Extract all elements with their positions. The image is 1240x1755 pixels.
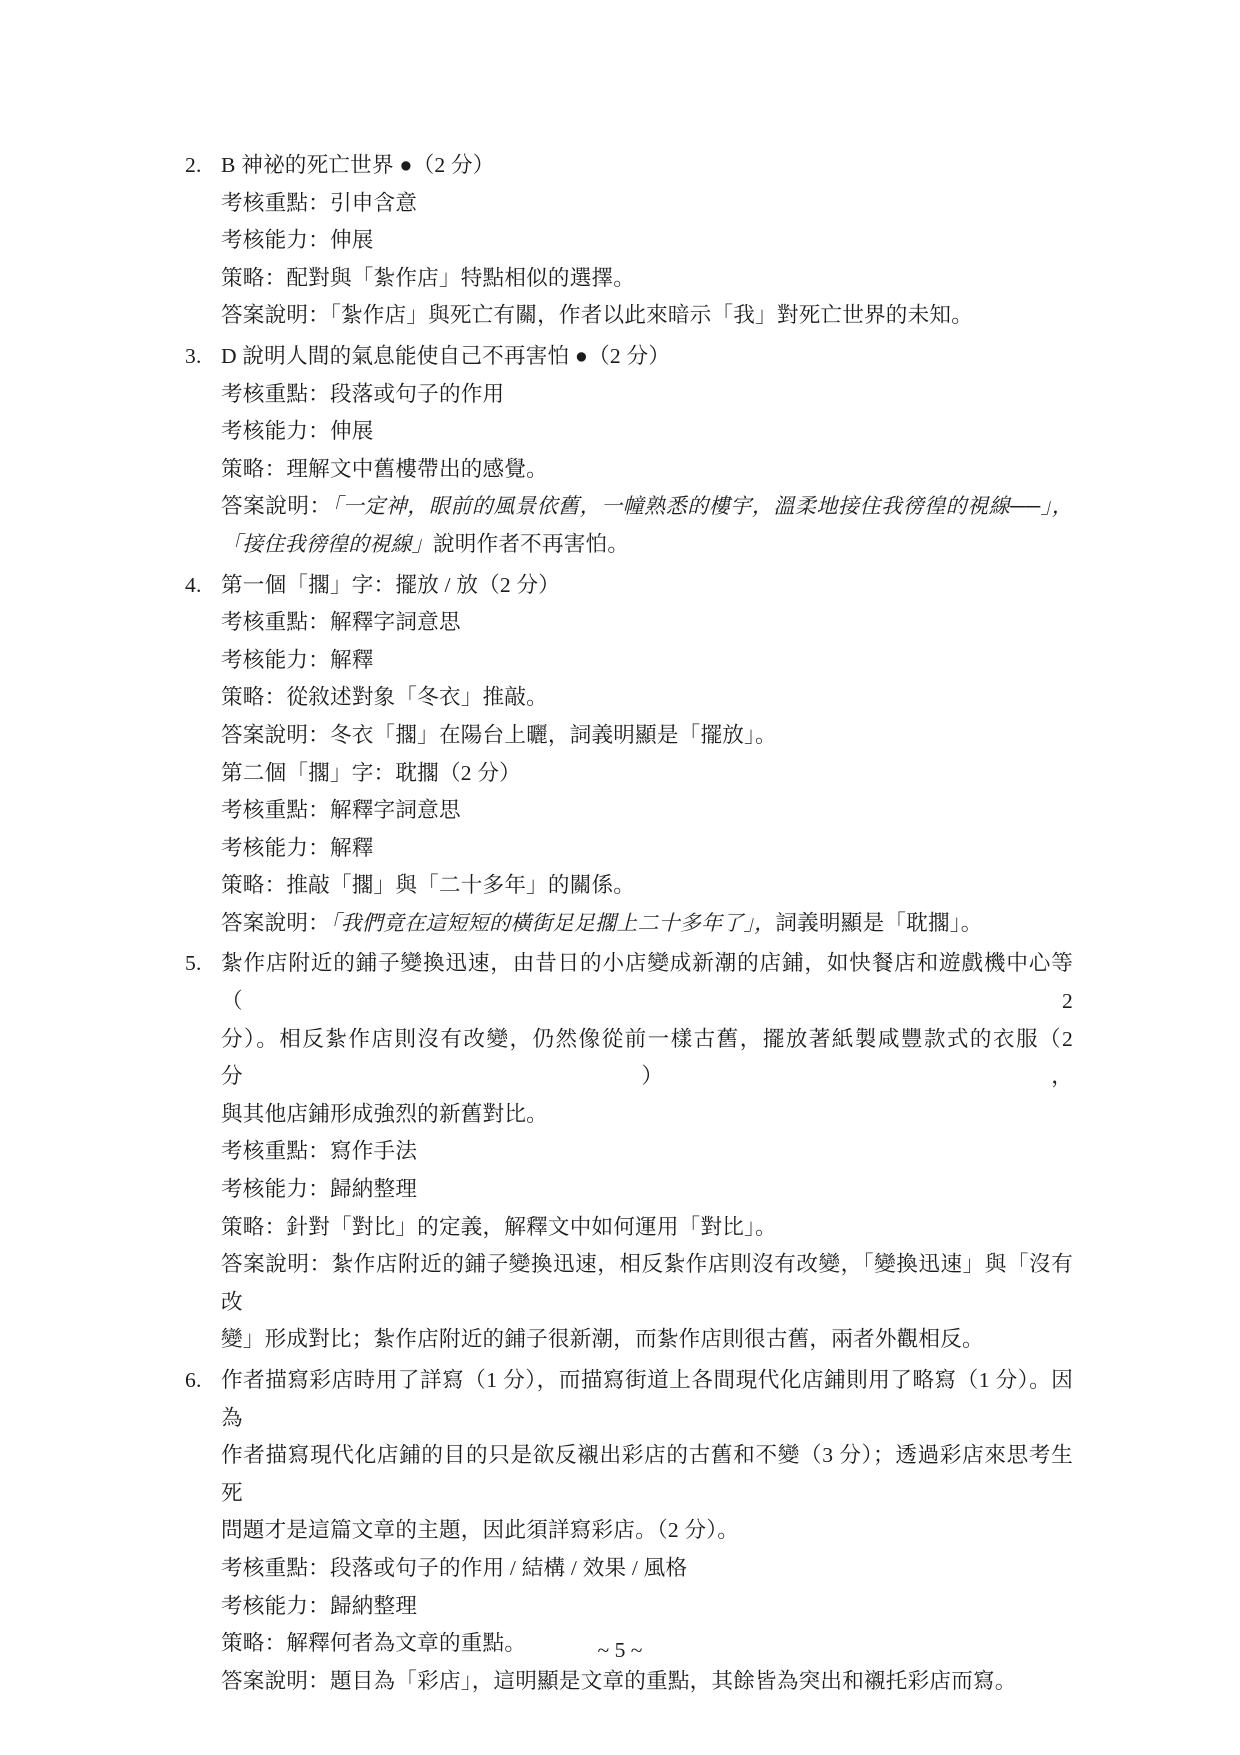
answer-line: 5.紮作店附近的鋪子變換迅速，由昔日的小店變成新潮的店鋪，如快餐店和遊戲機中心等… — [221, 945, 1073, 1020]
answer-list: 2.B 神祕的死亡世界 ●（2 分） 考核重點：引申含意 考核能力：伸展 策略：… — [221, 147, 1073, 1700]
line-text: 答案說明： — [221, 494, 332, 518]
answer-line: 6.作者描寫彩店時用了詳寫（1 分），而描寫街道上各間現代化店鋪則用了略寫（1 … — [221, 1362, 1073, 1437]
page-number: ~ 5 ~ — [0, 1631, 1240, 1669]
line-text: 與其他店鋪形成強烈的新舊對比。 — [221, 1102, 548, 1126]
line-text: 紮作店附近的鋪子變換迅速，由昔日的小店變成新潮的店鋪，如快餐店和遊戲機中心等（2 — [221, 951, 1073, 1013]
line-quote-kai: 「接住我徬徨的視線」 — [221, 532, 433, 556]
answer-line: 考核能力：解釋 — [221, 830, 1073, 868]
line-text: 答案說明：紮作店附近的鋪子變換迅速，相反紮作店則沒有改變，「變換迅速」與「沒有改 — [221, 1252, 1073, 1314]
line-text: 問題才是這篇文章的主題，因此須詳寫彩店。（2 分）。 — [221, 1518, 739, 1542]
line-text: 考核能力：歸納整理 — [221, 1594, 417, 1618]
line-quote-kai: 「一定神，眼前的風景依舊，一幢熟悉的樓宇，溫柔地接住我徬徨的視線──」， — [332, 494, 1073, 518]
line-text: 第二個「擱」字：耽擱（2 分） — [221, 761, 521, 785]
answer-line: 考核重點：寫作手法 — [221, 1133, 1073, 1171]
answer-line: 與其他店鋪形成強烈的新舊對比。 — [221, 1096, 1073, 1134]
line-text: 策略：理解文中舊樓帶出的感覺。 — [221, 457, 548, 481]
line-text: 分）。相反紮作店則沒有改變，仍然像從前一樣古舊，擺放著紙製咸豐款式的衣服（2 分… — [221, 1027, 1073, 1089]
line-text: 考核重點：段落或句子的作用 — [221, 382, 504, 406]
line-text: 考核能力：伸展 — [221, 419, 374, 443]
answer-line: 4.第一個「擱」字：擺放 / 放（2 分） — [221, 567, 1073, 605]
line-text: 考核重點：引申含意 — [221, 191, 417, 215]
line-text: D 說明人間的氣息能使自己不再害怕 ●（2 分） — [221, 344, 670, 368]
line-text-post: 說明作者不再害怕。 — [433, 532, 629, 556]
answer-line: 分）。相反紮作店則沒有改變，仍然像從前一樣古舊，擺放著紙製咸豐款式的衣服（2 分… — [221, 1021, 1073, 1096]
item-number: 6. — [185, 1362, 219, 1400]
item-number: 3. — [185, 338, 219, 376]
line-text: 考核重點：寫作手法 — [221, 1139, 417, 1163]
answer-line: 考核重點：引申含意 — [221, 185, 1073, 223]
answer-line: 答案說明：紮作店附近的鋪子變換迅速，相反紮作店則沒有改變，「變換迅速」與「沒有改 — [221, 1246, 1073, 1321]
line-text: 考核重點：解釋字詞意思 — [221, 798, 461, 822]
line-text: 第一個「擱」字：擺放 / 放（2 分） — [221, 573, 560, 597]
line-text: 考核重點：解釋字詞意思 — [221, 610, 461, 634]
answer-line: 3.D 說明人間的氣息能使自己不再害怕 ●（2 分） — [221, 338, 1073, 376]
answer-line: 考核能力：歸納整理 — [221, 1588, 1073, 1626]
line-text: 考核能力：伸展 — [221, 228, 374, 252]
answer-item: 2.B 神祕的死亡世界 ●（2 分） 考核重點：引申含意 考核能力：伸展 策略：… — [221, 147, 1073, 335]
line-text: 作者描寫現代化店鋪的目的只是欲反襯出彩店的古舊和不變（3 分）；透過彩店來思考生… — [221, 1443, 1073, 1505]
line-text: 策略：配對與「紮作店」特點相似的選擇。 — [221, 266, 635, 290]
answer-line: 考核能力：歸納整理 — [221, 1171, 1073, 1209]
answer-line: 答案說明：「一定神，眼前的風景依舊，一幢熟悉的樓宇，溫柔地接住我徬徨的視線──」… — [221, 488, 1073, 526]
line-text: 答案說明：冬衣「擱」在陽台上曬，詞義明顯是「擺放」。 — [221, 723, 777, 747]
answer-line: 考核重點：解釋字詞意思 — [221, 792, 1073, 830]
answer-line: 策略：配對與「紮作店」特點相似的選擇。 — [221, 260, 1073, 298]
line-text: 策略：針對「對比」的定義，解釋文中如何運用「對比」。 — [221, 1215, 777, 1239]
answer-line: 第二個「擱」字：耽擱（2 分） — [221, 755, 1073, 793]
answer-item: 3.D 說明人間的氣息能使自己不再害怕 ●（2 分） 考核重點：段落或句子的作用… — [221, 338, 1073, 564]
item-number: 2. — [185, 147, 219, 185]
answer-line: 考核能力：解釋 — [221, 642, 1073, 680]
line-text: 作者描寫彩店時用了詳寫（1 分），而描寫街道上各間現代化店鋪則用了略寫（1 分）… — [221, 1368, 1073, 1430]
answer-item: 4.第一個「擱」字：擺放 / 放（2 分） 考核重點：解釋字詞意思 考核能力：解… — [221, 567, 1073, 943]
answer-line: 答案說明：「我們竟在這短短的橫街足足擱上二十多年了」，詞義明顯是「耽擱」。 — [221, 905, 1073, 943]
line-text: 答案說明：「紮作店」與死亡有關，作者以此來暗示「我」對死亡世界的未知。 — [221, 303, 973, 327]
answer-line: 策略：從敘述對象「冬衣」推敲。 — [221, 679, 1073, 717]
answer-line: 答案說明：「紮作店」與死亡有關，作者以此來暗示「我」對死亡世界的未知。 — [221, 297, 1073, 335]
answer-line: 考核重點：段落或句子的作用 — [221, 376, 1073, 414]
document-page: 2.B 神祕的死亡世界 ●（2 分） 考核重點：引申含意 考核能力：伸展 策略：… — [0, 0, 1240, 1755]
answer-line: 考核能力：伸展 — [221, 222, 1073, 260]
answer-line: 策略：理解文中舊樓帶出的感覺。 — [221, 451, 1073, 489]
answer-line: 考核能力：伸展 — [221, 413, 1073, 451]
answer-line: 變」形成對比；紮作店附近的鋪子很新潮，而紮作店則很古舊，兩者外觀相反。 — [221, 1321, 1073, 1359]
item-number: 4. — [185, 567, 219, 605]
line-text: 考核能力：解釋 — [221, 836, 374, 860]
line-text: 策略：從敘述對象「冬衣」推敲。 — [221, 685, 548, 709]
line-text: 變」形成對比；紮作店附近的鋪子很新潮，而紮作店則很古舊，兩者外觀相反。 — [221, 1327, 984, 1351]
line-text-post: 詞義明顯是「耽擱」。 — [775, 911, 982, 935]
answer-line: 策略：針對「對比」的定義，解釋文中如何運用「對比」。 — [221, 1209, 1073, 1247]
answer-line: 問題才是這篇文章的主題，因此須詳寫彩店。（2 分）。 — [221, 1512, 1073, 1550]
answer-line: 策略：推敲「擱」與「二十多年」的關係。 — [221, 867, 1073, 905]
answer-line: 「接住我徬徨的視線」說明作者不再害怕。 — [221, 526, 1073, 564]
item-number: 5. — [185, 945, 219, 983]
line-text: B 神祕的死亡世界 ●（2 分） — [221, 153, 495, 177]
answer-line: 考核重點：段落或句子的作用 / 結構 / 效果 / 風格 — [221, 1550, 1073, 1588]
line-text: 考核能力：解釋 — [221, 648, 374, 672]
answer-line: 考核重點：解釋字詞意思 — [221, 604, 1073, 642]
line-text: 考核重點：段落或句子的作用 / 結構 / 效果 / 風格 — [221, 1556, 687, 1580]
answer-line: 2.B 神祕的死亡世界 ●（2 分） — [221, 147, 1073, 185]
line-text: 策略：推敲「擱」與「二十多年」的關係。 — [221, 873, 635, 897]
line-text: 答案說明：題目為「彩店」，這明顯是文章的重點，其餘皆為突出和襯托彩店而寫。 — [221, 1669, 1017, 1693]
line-quote-kai: 「我們竟在這短短的橫街足足擱上二十多年了」， — [330, 911, 775, 935]
line-text: 答案說明： — [221, 911, 330, 935]
answer-line: 答案說明：冬衣「擱」在陽台上曬，詞義明顯是「擺放」。 — [221, 717, 1073, 755]
answer-item: 5.紮作店附近的鋪子變換迅速，由昔日的小店變成新潮的店鋪，如快餐店和遊戲機中心等… — [221, 945, 1073, 1359]
line-text: 考核能力：歸納整理 — [221, 1177, 417, 1201]
answer-line: 作者描寫現代化店鋪的目的只是欲反襯出彩店的古舊和不變（3 分）；透過彩店來思考生… — [221, 1437, 1073, 1512]
